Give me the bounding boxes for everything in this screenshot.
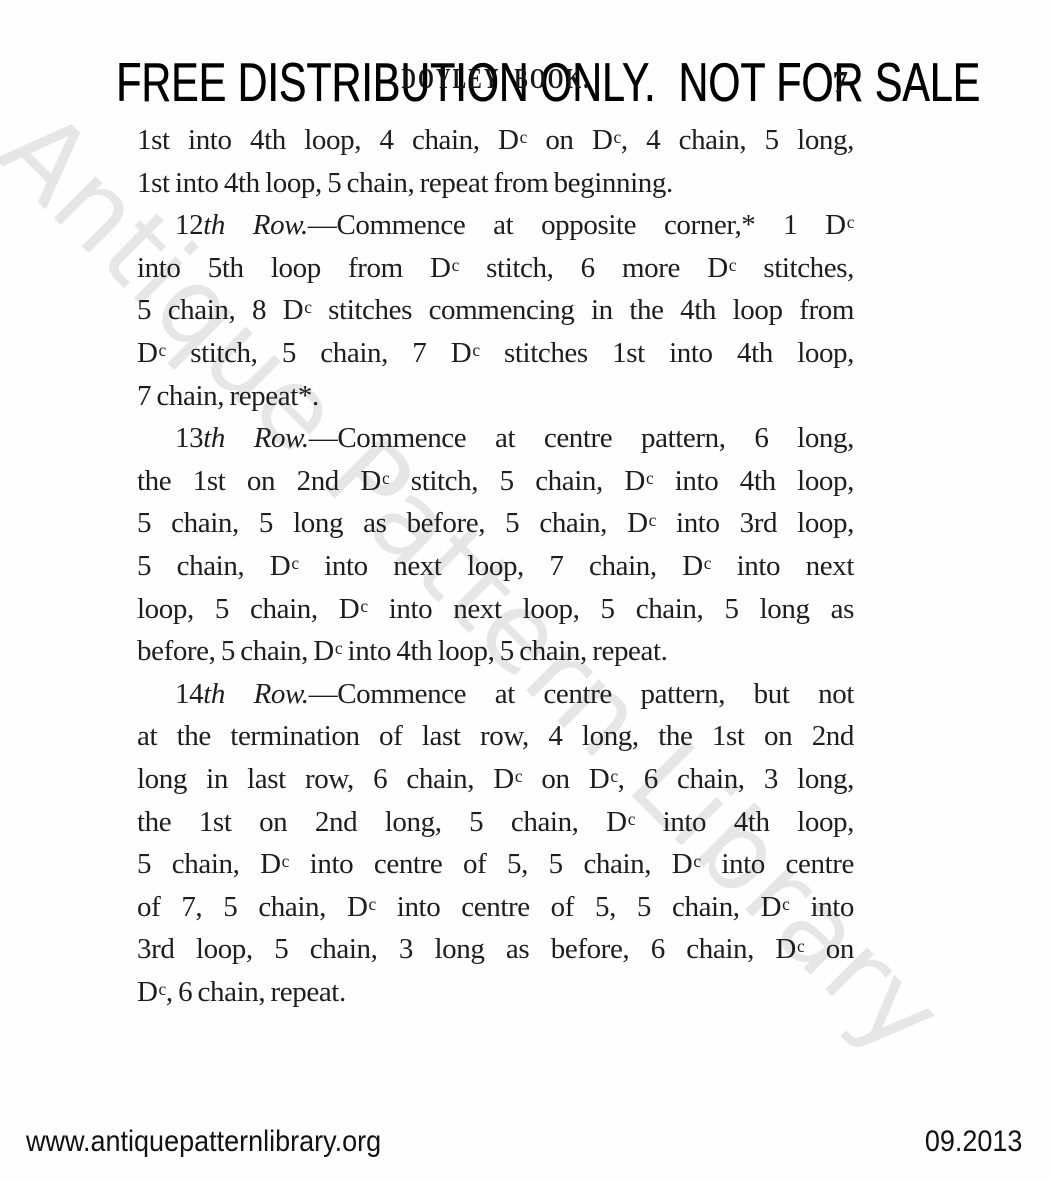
body-line: Dc, 6 chain, repeat. [137,971,854,1014]
content-layer: FREE DISTRIBUTION ONLY. NOT FOR SALE DOY… [0,0,1050,1182]
body-line: 5 chain, Dc into centre of 5, 5 chain, D… [137,843,854,886]
body-line: 13th Row.—Commence at centre pattern, 6 … [137,417,854,460]
body-line: long in last row, 6 chain, Dc on Dc, 6 c… [137,758,854,801]
footer-date: 09.2013 [924,1124,1022,1160]
body-line: 12th Row.—Commence at opposite corner,* … [137,204,854,247]
body-line: 1st into 4th loop, 4 chain, Dc on Dc, 4 … [137,119,854,162]
body-line: 5 chain, 8 Dc stitches commencing in the… [137,289,854,332]
body-line: 5 chain, Dc into next loop, 7 chain, Dc … [137,545,854,588]
running-head: DOYLEY BOOK. 7 [137,64,854,100]
document-page: Antique Pattern Library FREE DISTRIBUTIO… [0,0,1050,1182]
body-line: 14th Row.—Commence at centre pattern, bu… [137,673,854,716]
page-number: 7 [833,64,849,100]
body-line: before, 5 chain, Dc into 4th loop, 5 cha… [137,630,854,673]
body-line: of 7, 5 chain, Dc into centre of 5, 5 ch… [137,886,854,929]
body-line: the 1st on 2nd long, 5 chain, Dc into 4t… [137,801,854,844]
body-line: Dc stitch, 5 chain, 7 Dc stitches 1st in… [137,332,854,375]
body-line: loop, 5 chain, Dc into next loop, 5 chai… [137,588,854,631]
body-line: 1st into 4th loop, 5 chain, repeat from … [137,162,854,205]
body-line: into 5th loop from Dc stitch, 6 more Dc … [137,247,854,290]
footer-url: www.antiquepatternlibrary.org [26,1124,381,1160]
body-line: at the termination of last row, 4 long, … [137,715,854,758]
running-head-title: DOYLEY BOOK. [401,64,590,96]
body-text: 1st into 4th loop, 4 chain, Dc on Dc, 4 … [137,119,854,1013]
body-line: 7 chain, repeat*. [137,375,854,418]
body-line: the 1st on 2nd Dc stitch, 5 chain, Dc in… [137,460,854,503]
body-line: 5 chain, 5 long as before, 5 chain, Dc i… [137,502,854,545]
body-line: 3rd loop, 5 chain, 3 long as before, 6 c… [137,928,854,971]
